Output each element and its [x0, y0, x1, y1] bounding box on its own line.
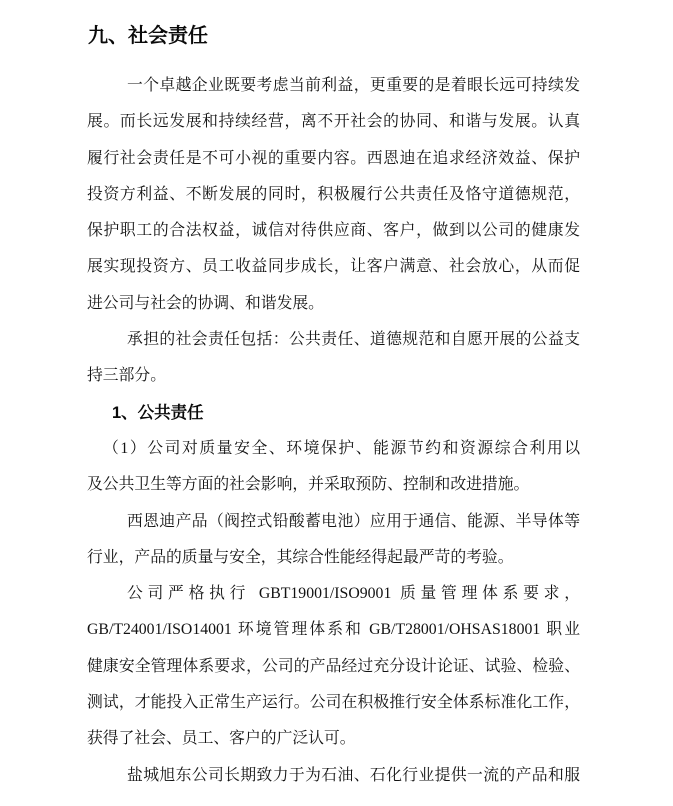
paragraph-line: 公司严格执行 GBT19001/ISO9001 质量管理体系要求，	[87, 576, 580, 612]
paragraph-line: 行业，产品的质量与安全，其综合性能经得起最严苛的考验。	[87, 540, 580, 576]
page-title: 九、社会责任	[88, 25, 208, 47]
document-body: 一个卓越企业既要考虑当前利益，更重要的是着眼长远可持续发 展。而长远发展和持续经…	[87, 68, 580, 794]
paragraph-line: 一个卓越企业既要考虑当前利益，更重要的是着眼长远可持续发	[87, 68, 580, 104]
paragraph-line: 展实现投资方、员工收益同步成长，让客户满意、社会放心，从而促	[87, 249, 580, 285]
paragraph-line: 测试，才能投入正常生产运行。公司在积极推行安全体系标准化工作，	[87, 685, 580, 721]
paragraph-line: 健康安全管理体系要求，公司的产品经过充分设计论证、试验、检验、	[87, 649, 580, 685]
paragraph-line: 及公共卫生等方面的社会影响，并采取预防、控制和改进措施。	[87, 467, 580, 503]
section-subheading: 1、公共责任	[87, 395, 580, 431]
paragraph-line: 盐城旭东公司长期致力于为石油、石化行业提供一流的产品和服	[87, 758, 580, 794]
paragraph-line: 获得了社会、员工、客户的广泛认可。	[87, 721, 580, 757]
paragraph-line: 履行社会责任是不可小视的重要内容。西恩迪在追求经济效益、保护	[87, 141, 580, 177]
paragraph-line: 展。而长远发展和持续经营，离不开社会的协同、和谐与发展。认真	[87, 104, 580, 140]
paragraph-line: 西恩迪产品（阀控式铅酸蓄电池）应用于通信、能源、半导体等	[87, 504, 580, 540]
paragraph-line: 持三部分。	[87, 358, 580, 394]
paragraph-line: 投资方利益、不断发展的同时，积极履行公共责任及恪守道德规范，	[87, 177, 580, 213]
document-page: 九、社会责任 一个卓越企业既要考虑当前利益，更重要的是着眼长远可持续发 展。而长…	[0, 0, 673, 806]
paragraph-line: 进公司与社会的协调、和谐发展。	[87, 286, 580, 322]
paragraph-line: 保护职工的合法权益，诚信对待供应商、客户，做到以公司的健康发	[87, 213, 580, 249]
paragraph-line: 承担的社会责任包括：公共责任、道德规范和自愿开展的公益支	[87, 322, 580, 358]
paragraph-line: （1）公司对质量安全、环境保护、能源节约和资源综合利用以	[87, 431, 580, 467]
paragraph-line: GB/T24001/ISO14001 环境管理体系和 GB/T28001/OHS…	[87, 612, 580, 648]
